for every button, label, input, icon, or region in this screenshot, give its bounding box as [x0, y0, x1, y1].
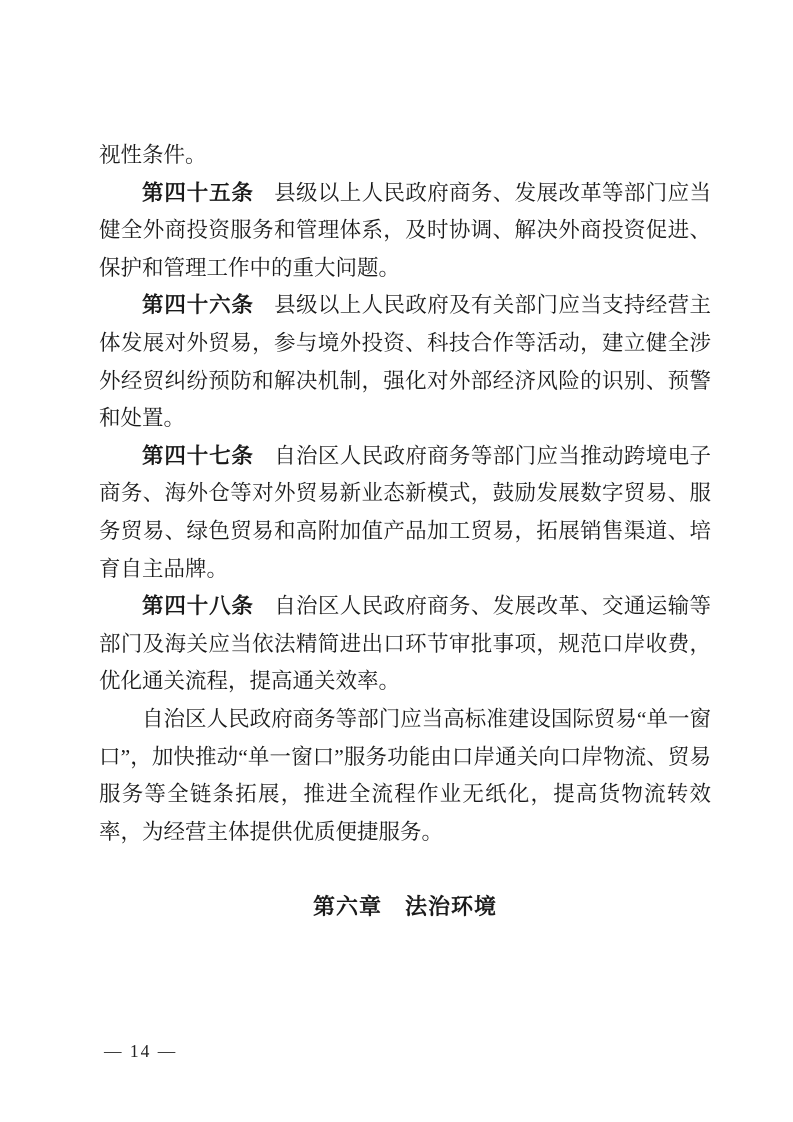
article-46-number: 第四十六条: [142, 293, 254, 318]
paragraph-continuation: 视性条件。: [99, 137, 711, 175]
document-body: 视性条件。 第四十五条县级以上人民政府商务、发展改革等部门应当健全外商投资服务和…: [99, 137, 711, 926]
article-48: 第四十八条自治区人民政府商务、发展改革、交通运输等部门及海关应当依法精简进出口环…: [99, 588, 711, 701]
article-47: 第四十七条自治区人民政府商务等部门应当推动跨境电子商务、海外仓等对外贸易新业态新…: [99, 438, 711, 588]
document-page: 视性条件。 第四十五条县级以上人民政府商务、发展改革等部门应当健全外商投资服务和…: [0, 0, 793, 1122]
paragraph-single-window: 自治区人民政府商务等部门应当高标准建设国际贸易“单一窗口”，加快推动“单一窗口”…: [99, 701, 711, 851]
article-46: 第四十六条县级以上人民政府及有关部门应当支持经营主体发展对外贸易，参与境外投资、…: [99, 287, 711, 437]
article-45: 第四十五条县级以上人民政府商务、发展改革等部门应当健全外商投资服务和管理体系，及…: [99, 175, 711, 288]
article-45-number: 第四十五条: [142, 181, 254, 206]
article-48-number: 第四十八条: [142, 594, 254, 619]
chapter-heading: 第六章 法治环境: [99, 889, 711, 927]
page-number: — 14 —: [104, 1041, 177, 1062]
article-47-number: 第四十七条: [142, 444, 254, 469]
